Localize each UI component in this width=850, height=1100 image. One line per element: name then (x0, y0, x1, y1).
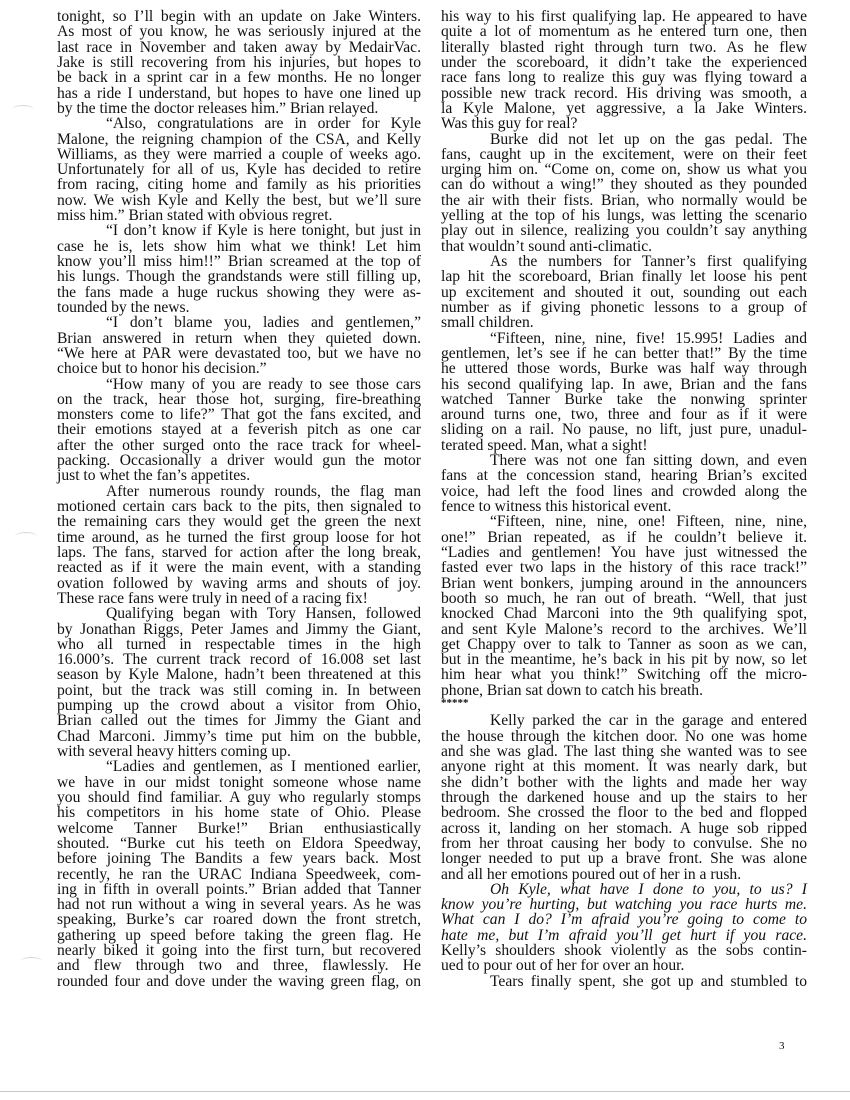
text-line: reacted as if it were the main event, wi… (57, 560, 421, 575)
text-line: from racing, citing home and family as h… (57, 177, 421, 192)
text-line: longer needed to put up a brave front. S… (441, 851, 807, 866)
text-line: his way to his first qualifying lap. He … (441, 9, 807, 24)
text-line: Was this guy for real? (441, 116, 807, 131)
text-line: can do without a wing!” they shouted as … (441, 177, 807, 192)
text-line: packing. Occasionally a driver would gun… (57, 453, 421, 468)
text-line: rounded four and dove under the waving g… (57, 974, 421, 989)
text-line: Brian went bonkers, jumping around in th… (441, 576, 807, 591)
text-line: know you’ll miss him!!” Brian screamed a… (57, 254, 421, 269)
text-line: case he is, lets show him what we think!… (57, 239, 421, 254)
scan-artifact-mark (20, 957, 42, 966)
text-line: urging him on. “Come on, come on, show u… (441, 162, 807, 177)
text-line: “I don’t know if Kyle is here tonight, b… (57, 223, 421, 238)
text-line: season by Kyle Malone, hadn’t been threa… (57, 667, 421, 682)
text-line: There was not one fan sitting down, and … (441, 453, 807, 468)
text-line: Jake is still recovering from his injuri… (57, 55, 421, 70)
text-line: the fans made a huge ruckus showing they… (57, 285, 421, 300)
text-line: shouted. “Burke cut his teeth on Eldora … (57, 836, 421, 851)
section-break: ***** (441, 698, 807, 713)
text-line: across it, landing on her stomach. A hug… (441, 821, 807, 836)
text-line: nearly biked it going into the first tur… (57, 943, 421, 958)
scan-artifact-mark (15, 532, 37, 541)
text-line: motioned certain cars back to the pits, … (57, 499, 421, 514)
text-line: from her throat causing her body to conv… (441, 836, 807, 851)
text-line: laps. The fans, starved for action after… (57, 545, 421, 560)
text-line: After numerous roundy rounds, the flag m… (57, 484, 421, 499)
text-line: his second qualifying lap. In awe, Brian… (441, 377, 807, 392)
text-line: What can I do? I’m afraid you’re going t… (441, 912, 807, 927)
text-line: As the numbers for Tanner’s first qualif… (441, 254, 807, 269)
text-line: Chad Marconi. Jimmy’s time put him on th… (57, 729, 421, 744)
text-line: and flew through two and three, flawless… (57, 958, 421, 973)
text-line: and sent Kyle Malone’s record to the arc… (441, 622, 807, 637)
text-line: lap hit the scoreboard, Brian finally le… (441, 269, 807, 284)
text-line: ovation followed by waving arms and shou… (57, 576, 421, 591)
scan-bottom-edge (0, 1091, 850, 1092)
text-line: gentlemen, let’s see if he can better th… (441, 346, 807, 361)
text-line: his lungs. Though the grandstands were s… (57, 269, 421, 284)
text-line: now. We wish Kyle and Kelly the best, bu… (57, 193, 421, 208)
text-line: phone, Brian sat down to catch his breat… (441, 683, 807, 698)
text-line: that wouldn’t sound anti-climatic. (441, 239, 807, 254)
text-line: after the other surged onto the race tra… (57, 438, 421, 453)
text-line: and all her emotions poured out of her i… (441, 867, 807, 882)
text-line: bedroom. She crossed the floor to the be… (441, 805, 807, 820)
text-line: Tears finally spent, she got up and stum… (441, 974, 807, 989)
text-line: Williams, as they were married a couple … (57, 147, 421, 162)
text-line: yelling at the top of his lungs, was let… (441, 208, 807, 223)
text-line: who all turned in respectable times in t… (57, 637, 421, 652)
text-line: “Fifteen, nine, nine, five! 15.995! Ladi… (441, 331, 807, 346)
text-line: Kelly’s shoulders shook violently as the… (441, 943, 807, 958)
text-line: has a ride I understand, but hopes to ha… (57, 86, 421, 101)
text-line: watched Tanner Burke take the nonwing sp… (441, 392, 807, 407)
text-line: had not run without a wing in several ye… (57, 897, 421, 912)
text-column-right: his way to his first qualifying lap. He … (441, 9, 807, 989)
text-line: la Kyle Malone, yet aggressive, a la Jak… (441, 101, 807, 116)
text-column-left: tonight, so I’ll begin with an update on… (57, 9, 421, 989)
text-line: around turns one, two, three and four as… (441, 407, 807, 422)
text-line: last race in November and taken away by … (57, 40, 421, 55)
text-line: Unfortunately for all of us, Kyle has de… (57, 162, 421, 177)
text-line: These race fans were truly in need of a … (57, 591, 421, 606)
text-line: point, but the track was still coming in… (57, 683, 421, 698)
text-line: pumping up the crowd about a visitor fro… (57, 698, 421, 713)
text-line: voice, had left the food lines and crowd… (441, 484, 807, 499)
text-line: Kelly parked the car in the garage and e… (441, 713, 807, 728)
text-line: Brian answered in return when they quiet… (57, 331, 421, 346)
text-line: by Jonathan Riggs, Peter James and Jimmy… (57, 622, 421, 637)
text-line: miss him.” Brian stated with obvious reg… (57, 208, 421, 223)
text-line: tonight, so I’ll begin with an update on… (57, 9, 421, 24)
text-line: “Fifteen, nine, nine, one! Fifteen, nine… (441, 514, 807, 529)
text-line: get Chappy over to talk to Tanner as soo… (441, 637, 807, 652)
text-line: monsters come to life?” That got the fan… (57, 407, 421, 422)
text-line: you should find familiar. A guy who regu… (57, 790, 421, 805)
text-line: fans at the concession stand, hearing Br… (441, 468, 807, 483)
text-line: the house through the kitchen door. No o… (441, 729, 807, 744)
text-line: him hear what you think!” Switching off … (441, 667, 807, 682)
text-line: ued to pour out of her for over an hour. (441, 958, 807, 973)
text-line: their emotions stayed at a feverish pitc… (57, 422, 421, 437)
text-line: time around, as he turned the first grou… (57, 530, 421, 545)
scan-artifact-mark (12, 105, 34, 114)
text-line: fans, caught up in the excitement, were … (441, 147, 807, 162)
text-line: speaking, Burke’s car roared down the fr… (57, 912, 421, 927)
text-line: quite a lot of momentum as he entered tu… (441, 24, 807, 39)
text-line: under the scoreboard, it didn’t take the… (441, 55, 807, 70)
text-line: on the track, hear those hot, surging, f… (57, 392, 421, 407)
text-line: booth so much, he ran out of breath. “We… (441, 591, 807, 606)
text-line: “Ladies and gentlemen, as I mentioned ea… (57, 759, 421, 774)
text-line: As most of you know, he was seriously in… (57, 24, 421, 39)
text-line: “We here at PAR were devastated too, but… (57, 346, 421, 361)
text-line: the air with their fists. Brian, who nor… (441, 193, 807, 208)
text-line: he uttered those words, Burke was half w… (441, 361, 807, 376)
text-line: know you’re hurting, but watching you ra… (441, 897, 807, 912)
text-line: “I don’t blame you, ladies and gentlemen… (57, 315, 421, 330)
text-line: “Ladies and gentlemen! You have just wit… (441, 545, 807, 560)
text-line: we have in our midst tonight someone who… (57, 775, 421, 790)
text-line: Brian called out the times for Jimmy the… (57, 713, 421, 728)
page-number: 3 (779, 1040, 785, 1052)
text-line: choice but to honor his decision.” (57, 361, 421, 376)
text-line: by the time the doctor releases him.” Br… (57, 101, 421, 116)
text-line: fasted ever two laps in the history of t… (441, 560, 807, 575)
text-line: play out in silence, realizing you could… (441, 223, 807, 238)
text-line: sliding on a rail. No pause, no lift, ju… (441, 422, 807, 437)
text-line: possible new track record. His driving w… (441, 86, 807, 101)
text-line: knocked Chad Marconi into the 9th qualif… (441, 606, 807, 621)
text-line: one!” Brian repeated, as if he couldn’t … (441, 530, 807, 545)
text-line: 16.000’s. The current track record of 16… (57, 652, 421, 667)
text-line: Qualifying began with Tory Hansen, follo… (57, 606, 421, 621)
text-line: “How many of you are ready to see those … (57, 377, 421, 392)
text-line: she didn’t bother with the lights and ma… (441, 775, 807, 790)
text-line: up excitement and shouted it out, soundi… (441, 285, 807, 300)
text-line: terated speed. Man, what a sight! (441, 438, 807, 453)
text-line: literally blasted right through turn two… (441, 40, 807, 55)
text-line: race fans long to realize this guy was f… (441, 70, 807, 85)
text-line: before joining The Bandits a few years b… (57, 851, 421, 866)
text-line: tounded by the news. (57, 300, 421, 315)
text-line: small children. (441, 315, 807, 330)
text-line: anyone right at this moment. It was near… (441, 759, 807, 774)
text-line: his competitors in his home state of Ohi… (57, 805, 421, 820)
text-line: hate me, but I’m afraid you’ll get hurt … (441, 928, 807, 943)
text-line: just to whet the fan’s appetites. (57, 468, 421, 483)
text-line: be back in a sprint car in a few months.… (57, 70, 421, 85)
text-line: “Also, congratulations are in order for … (57, 116, 421, 131)
text-line: recently, he ran the URAC Indiana Speedw… (57, 867, 421, 882)
text-line: and she was glad. The last thing she wan… (441, 744, 807, 759)
text-line: the remaining cars they would get the gr… (57, 514, 421, 529)
text-line: with several heavy hitters coming up. (57, 744, 421, 759)
text-line: but in the meantime, he’s back in his pi… (441, 652, 807, 667)
text-line: ing in fifth in overall points.” Brian a… (57, 882, 421, 897)
text-line: through the darkened house and up the st… (441, 790, 807, 805)
text-line: gathering up speed before taking the gre… (57, 928, 421, 943)
text-line: fence to witness this historical event. (441, 499, 807, 514)
text-line: Burke did not let up on the gas pedal. T… (441, 132, 807, 147)
text-line: welcome Tanner Burke!” Brian enthusiasti… (57, 821, 421, 836)
text-line: Oh Kyle, what have I done to you, to us?… (441, 882, 807, 897)
text-line: number as if giving phonetic lessons to … (441, 300, 807, 315)
text-line: Malone, the reigning champion of the CSA… (57, 132, 421, 147)
